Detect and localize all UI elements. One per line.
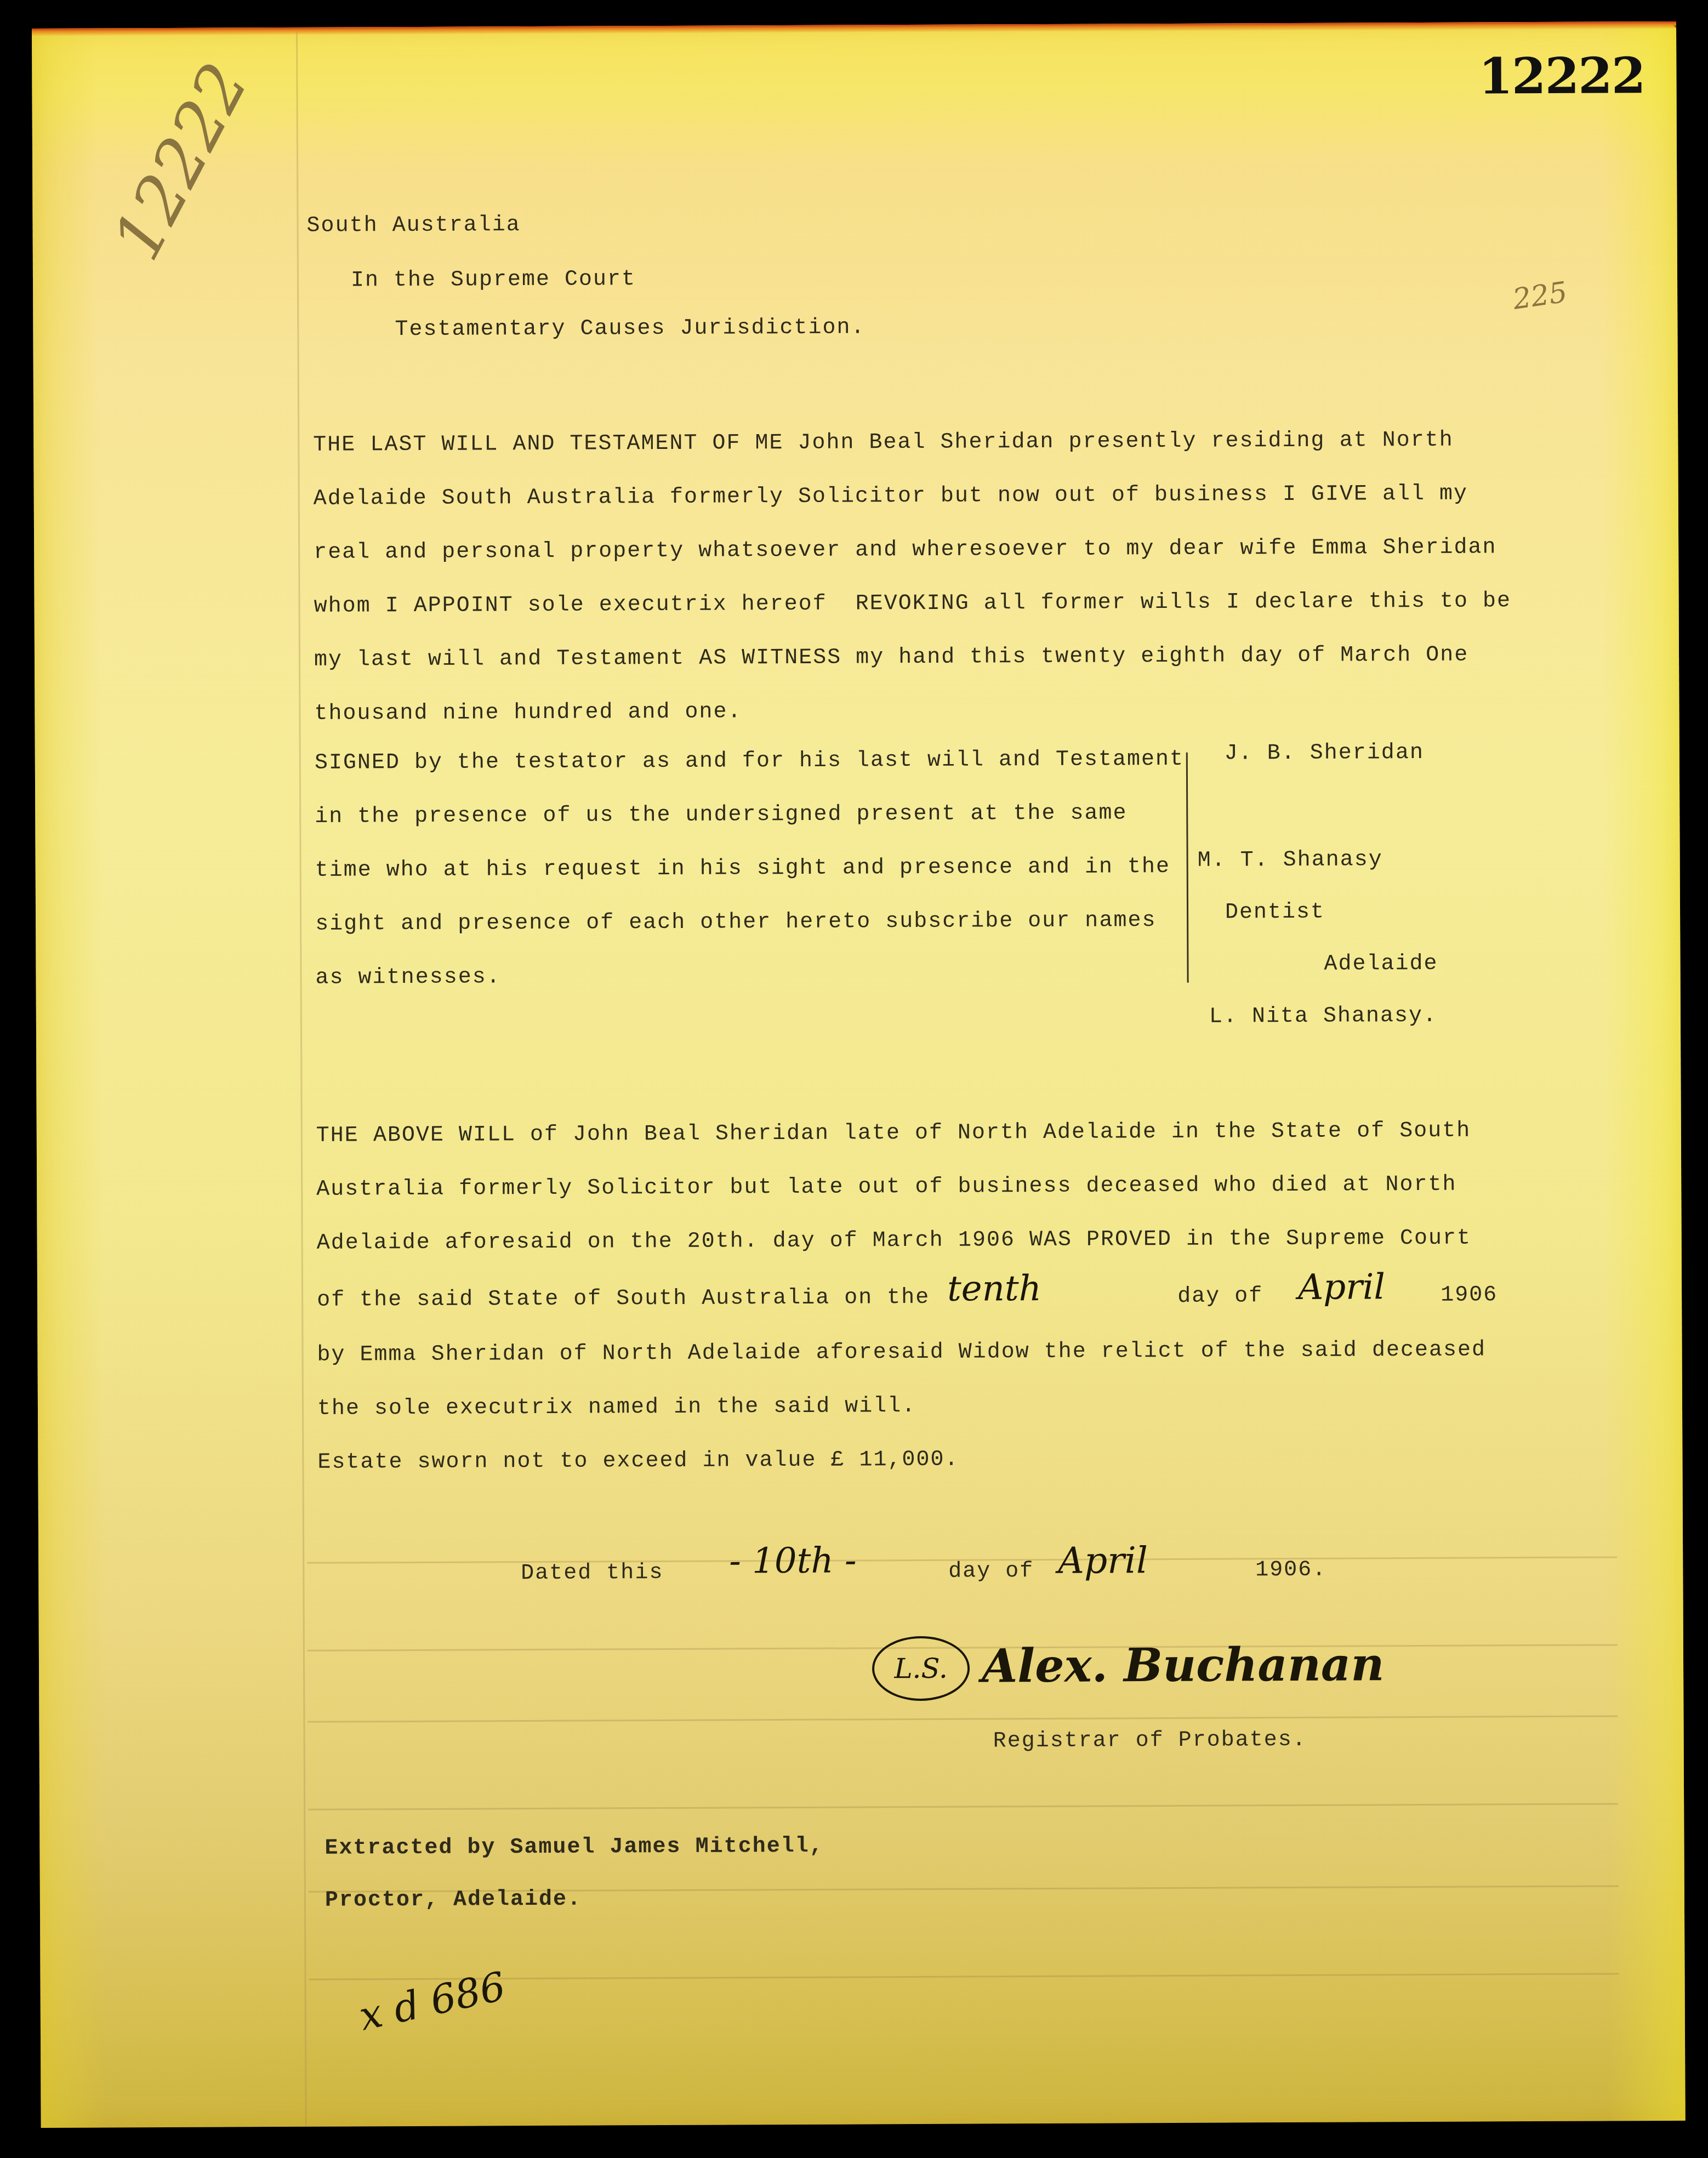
will-line: whom I APPOINT sole executrix hereof REV… xyxy=(314,589,1512,619)
probate-line: by Emma Sheridan of North Adelaide afore… xyxy=(317,1337,1486,1367)
attestation-clause: SIGNED by the testator as and for his la… xyxy=(32,21,1676,29)
probate-line-prefix: of the said State of South Australia on … xyxy=(317,1285,930,1313)
will-line: THE LAST WILL AND TESTAMENT OF ME John B… xyxy=(313,428,1453,458)
dated-handwritten-month: April xyxy=(1058,1539,1148,1582)
dated-line: Dated this - 10th - day of April 1906. xyxy=(32,21,1676,29)
margin-line xyxy=(296,27,307,2127)
dated-year: 1906. xyxy=(1255,1558,1326,1583)
attestation-line: as witnesses. xyxy=(315,965,500,990)
margin-handwritten-number: 12222 xyxy=(99,52,264,272)
locus-sigilli-seal: L.S. xyxy=(872,1636,970,1701)
dated-prefix: Dated this xyxy=(521,1561,663,1586)
dated-middle: day of xyxy=(948,1559,1034,1584)
witness1-place: Adelaide xyxy=(1324,952,1438,977)
court-header: South Australia In the Supreme Court Tes… xyxy=(32,21,1676,29)
header-line-court: In the Supreme Court xyxy=(351,267,636,293)
document-page: 12222 12222 225 South Australia In the S… xyxy=(32,21,1686,2128)
will-body: THE LAST WILL AND TESTAMENT OF ME John B… xyxy=(32,21,1676,29)
ruled-line xyxy=(309,1973,1619,1980)
fee-note-handwritten: x d 686 xyxy=(355,1963,510,2039)
witness1-name: M. T. Shanasy xyxy=(1198,847,1383,873)
signature-brace xyxy=(1186,753,1189,983)
witness1-occupation: Dentist xyxy=(1225,900,1325,925)
ruled-line xyxy=(308,1715,1618,1722)
header-line-jurisdiction: Testamentary Causes Jurisdiction. xyxy=(395,315,865,342)
probate-line: THE ABOVE WILL of John Beal Sheridan lat… xyxy=(316,1119,1471,1148)
extracted-by-line: Extracted by Samuel James Mitchell, xyxy=(324,1834,823,1861)
ruled-line xyxy=(308,1644,1618,1651)
registrar-signature: Alex. Buchanan xyxy=(982,1637,1385,1693)
signature-block: J. B. Sheridan M. T. Shanasy Dentist Ade… xyxy=(32,21,1676,29)
probate-line: the sole executrix named in the said wil… xyxy=(317,1394,916,1421)
extracted-by-block: Extracted by Samuel James Mitchell, Proc… xyxy=(32,21,1676,29)
folded-corner xyxy=(1666,18,1681,32)
probate-body: THE ABOVE WILL of John Beal Sheridan lat… xyxy=(32,21,1676,29)
margin-note-right: 225 xyxy=(1511,276,1569,316)
document-number: 12222 xyxy=(1478,47,1645,105)
proctor-line: Proctor, Adelaide. xyxy=(325,1887,582,1913)
attestation-line: SIGNED by the testator as and for his la… xyxy=(315,747,1184,776)
will-line: thousand nine hundred and one. xyxy=(314,699,742,726)
registrar-block: L.S. Alex. Buchanan Registrar of Probate… xyxy=(32,21,1676,29)
testator-signature: J. B. Sheridan xyxy=(1225,741,1424,766)
will-line: real and personal property whatsoever an… xyxy=(314,535,1497,565)
probate-line: Australia formerly Solicitor but late ou… xyxy=(316,1172,1456,1202)
registrar-title: Registrar of Probates. xyxy=(993,1728,1307,1753)
estate-value-line: Estate sworn not to exceed in value £ 11… xyxy=(317,1448,959,1475)
will-line: Adelaide South Australia formerly Solici… xyxy=(314,482,1468,511)
attestation-line: time who at his request in his sight and… xyxy=(315,855,1170,883)
handwritten-month: April xyxy=(1298,1267,1385,1308)
header-line-jurisdiction-state: South Australia xyxy=(306,213,520,238)
seal-initials: L.S. xyxy=(894,1653,948,1684)
probate-year: 1906 xyxy=(1441,1283,1498,1307)
ruled-line xyxy=(308,1803,1618,1810)
attestation-line: sight and presence of each other hereto … xyxy=(315,908,1156,937)
probate-line: Adelaide aforesaid on the 20th. day of M… xyxy=(317,1226,1472,1256)
attestation-line: in the presence of us the undersigned pr… xyxy=(315,801,1127,829)
witness2-name: L. Nita Shanasy. xyxy=(1209,1004,1437,1029)
dated-handwritten-day: - 10th - xyxy=(729,1540,857,1581)
will-line: my last will and Testament AS WITNESS my… xyxy=(314,643,1469,673)
handwritten-day: tenth xyxy=(947,1268,1041,1309)
probate-line-middle: day of xyxy=(1177,1284,1263,1309)
